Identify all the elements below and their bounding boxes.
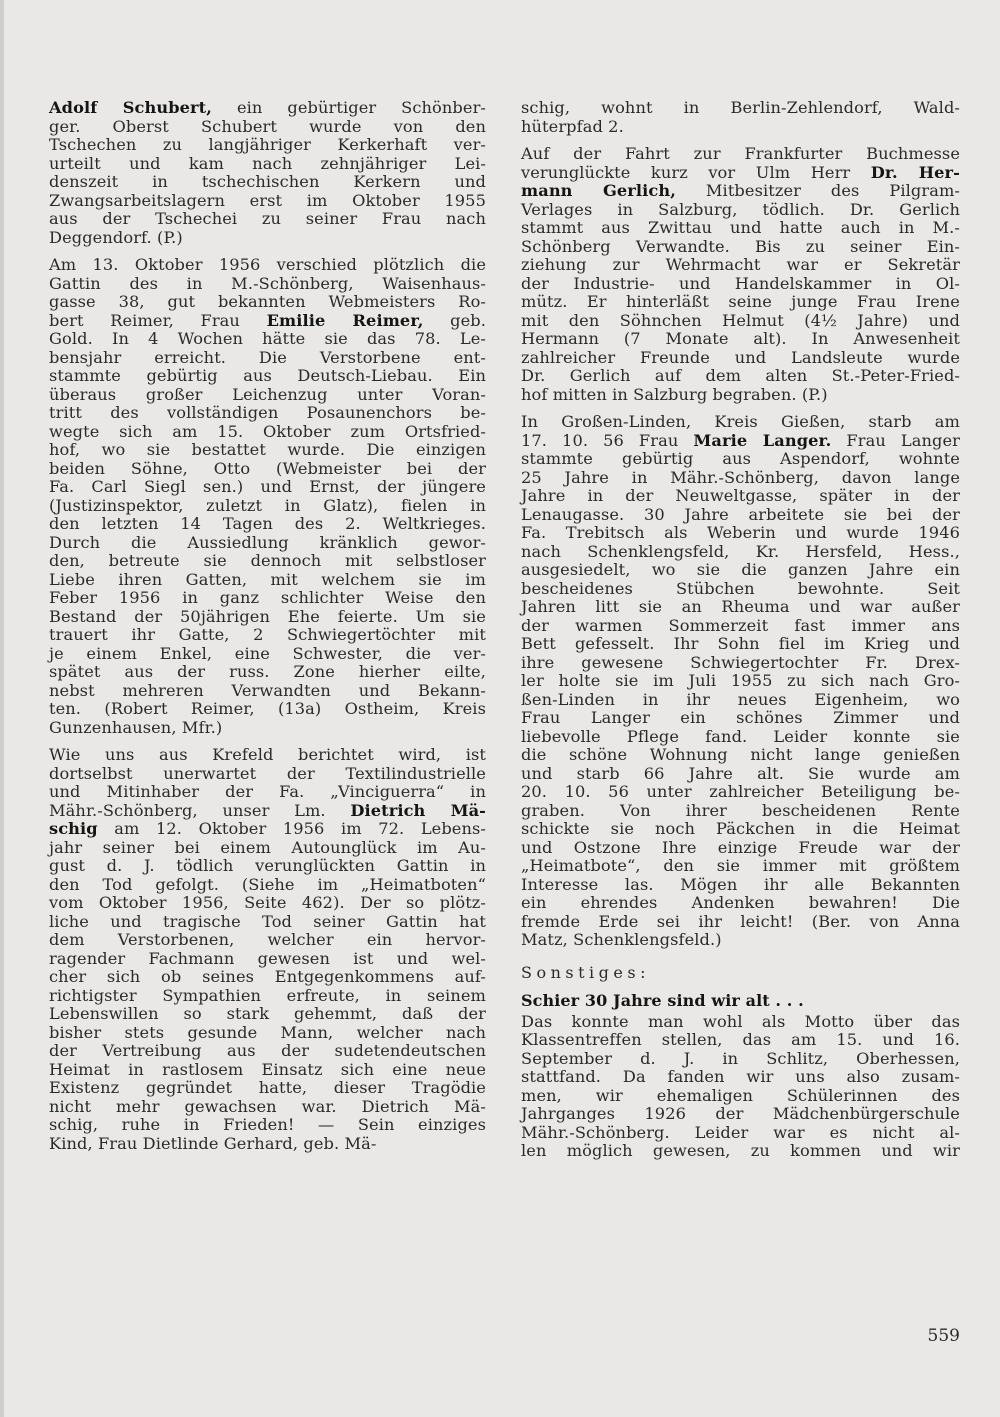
text-line: der warmen Sommerzeit fast immer ans [521,617,960,636]
text-line: Am 13. Oktober 1956 verschied plötzlich … [49,256,486,275]
text-line: Matz, Schenklengsfeld.) [521,931,960,950]
text-line: Gunzenhausen, Mfr.) [49,719,486,738]
text-line: hüterpfad 2. [521,118,960,137]
bold-name: schig [49,819,98,838]
text-line: ler holte sie im Juli 1955 zu sich nach … [521,672,960,691]
page-edge [0,0,4,1417]
bold-name: Adolf Schubert, [49,98,212,117]
text-line: hof mitten in Salzburg begraben. (P.) [521,386,960,405]
text-line: schig, wohnt in Berlin-Zehlendorf, Wald- [521,99,960,118]
text-line: Hermann (7 Monate alt). In Anwesenheit [521,330,960,349]
text-line: len möglich gewesen, zu kommen und wir [521,1142,960,1161]
bold-name: Emilie Reimer, [267,311,424,330]
text-line: den Tod gefolgt. (Siehe im „Heimatboten“ [49,876,486,895]
text-line: Verlages in Salzburg, tödlich. Dr. Gerli… [521,201,960,220]
text-line: Kind, Frau Dietlinde Gerhard, geb. Mä- [49,1135,486,1154]
text-line: (Justizinspektor, zuletzt in Glatz), fie… [49,497,486,516]
text-line: 20. 10. 56 unter zahlreicher Beteiligung… [521,783,960,802]
bold-name: mann Gerlich, [521,181,676,200]
obituary-gerlich: Auf der Fahrt zur Frankfurter Buchmessev… [521,145,960,404]
text-line: stammt aus Zwittau und hatte auch in M.- [521,219,960,238]
bold-name: Marie Langer. [693,431,831,450]
text-line: den, betreute sie dennoch mit selbstlose… [49,552,486,571]
text-line: den letzten 14 Tagen des 2. Weltkrieges. [49,515,486,534]
text-line: Adolf Schubert, ein gebürtiger Schönber- [49,99,486,118]
text-line: ziehung zur Wehrmacht war er Sekretär [521,256,960,275]
article-body: Das konnte man wohl als Motto über dasKl… [521,1013,960,1161]
right-paragraphs: schig, wohnt in Berlin-Zehlendorf, Wald-… [521,99,960,950]
text-line: tritt des vollständigen Posaunenchors be… [49,404,486,423]
text-line: wegte sich am 15. Oktober zum Ortsfried- [49,423,486,442]
text-line: und Ostzone Ihre einzige Freude war der [521,839,960,858]
text-line: Jahre in der Neuweltgasse, später in der [521,487,960,506]
text-line: Interesse las. Mögen ihr alle Bekannten [521,876,960,895]
text-line: nebst mehreren Verwandten und Bekann- [49,682,486,701]
page-number: 559 [928,1326,960,1346]
text-line: urteilt und kam nach zehnjähriger Lei- [49,155,486,174]
text-line: richtigster Sympathien erfreute, in sein… [49,987,486,1006]
text-line: Heimat in rastlosem Einsatz sich eine ne… [49,1061,486,1080]
text-line: vom Oktober 1956, Seite 462). Der so plö… [49,894,486,913]
text-line: Feber 1956 in ganz schlichter Weise den [49,589,486,608]
text-line: trauert ihr Gatte, 2 Schwiegertöchter mi… [49,626,486,645]
obituary-schubert: Adolf Schubert, ein gebürtiger Schönber-… [49,99,486,247]
text-line: Gold. In 4 Wochen hätte sie das 78. Le- [49,330,486,349]
text-line: überaus großer Leichenzug unter Voran- [49,386,486,405]
text-line: aus der Tschechei zu seiner Frau nach [49,210,486,229]
text-line: ein ehrendes Andenken bewahren! Die [521,894,960,913]
text-line: zahlreicher Freunde und Landsleute wurde [521,349,960,368]
text-line: Lenaugasse. 30 Jahre arbeitete sie bei d… [521,506,960,525]
text-line: beiden Söhne, Otto (Webmeister bei der [49,460,486,479]
text-line: mit den Söhnchen Helmut (4½ Jahre) und [521,312,960,331]
text-line: Das konnte man wohl als Motto über das [521,1013,960,1032]
obituary-maeschig-cont: schig, wohnt in Berlin-Zehlendorf, Wald-… [521,99,960,136]
text-line: 17. 10. 56 Frau Marie Langer. Frau Lange… [521,432,960,451]
article-heading: Schier 30 Jahre sind wir alt . . . [521,992,960,1011]
left-column: Adolf Schubert, ein gebürtiger Schönber-… [49,99,486,1162]
text-line: hof, wo sie bestattet wurde. Die einzige… [49,441,486,460]
text-line: der Industrie- und Handelskammer in Ol- [521,275,960,294]
text-line: Liebe ihren Gatten, mit welchem sie im [49,571,486,590]
text-line: Jahrganges 1926 der Mädchenbürgerschule [521,1105,960,1124]
text-line: mütz. Er hinterläßt seine junge Frau Ire… [521,293,960,312]
text-line: men, wir ehemaligen Schülerinnen des [521,1087,960,1106]
text-line: spätet aus der russ. Zone hierher eilte, [49,663,486,682]
text-line: In Großen-Linden, Kreis Gießen, starb am [521,413,960,432]
text-line: Frau Langer ein schönes Zimmer und [521,709,960,728]
text-line: liche und tragische Tod seiner Gattin ha… [49,913,486,932]
text-line: Gattin des in M.-Schönberg, Waisenhaus- [49,275,486,294]
text-line: Auf der Fahrt zur Frankfurter Buchmesse [521,145,960,164]
section-label-sonstiges: Sonstiges: [521,964,960,983]
text-line: Mähr.-Schönberg, unser Lm. Dietrich Mä- [49,802,486,821]
text-line: bensjahr erreicht. Die Verstorbene ent- [49,349,486,368]
text-line: Lebenswillen so stark gehemmt, daß der [49,1005,486,1024]
text-line: liebevolle Pflege fand. Leider konnte si… [521,728,960,747]
text-line: Mähr.-Schönberg. Leider war es nicht al- [521,1124,960,1143]
text-line: Jahren litt sie an Rheuma und war außer [521,598,960,617]
text-line: je einem Enkel, eine Schwester, die ver- [49,645,486,664]
text-line: schig, ruhe in Frieden! — Sein einziges [49,1116,486,1135]
text-line: nicht mehr gewachsen war. Dietrich Mä- [49,1098,486,1117]
obituary-reimer: Am 13. Oktober 1956 verschied plötzlich … [49,256,486,737]
text-line: schig am 12. Oktober 1956 im 72. Lebens- [49,820,486,839]
text-line: Wie uns aus Krefeld berichtet wird, ist [49,746,486,765]
text-line: ger. Oberst Schubert wurde von den [49,118,486,137]
text-line: Klassentreffen stellen, das am 15. und 1… [521,1031,960,1050]
text-line: Deggendorf. (P.) [49,229,486,248]
text-line: ten. (Robert Reimer, (13a) Ostheim, Krei… [49,700,486,719]
text-line: bescheidenes Stübchen bewohnte. Seit [521,580,960,599]
text-line: bisher stets gesunde Mann, welcher nach [49,1024,486,1043]
text-line: cher sich ob seines Entgegenkommens auf- [49,968,486,987]
text-line: Schönberg Verwandte. Bis zu seiner Ein- [521,238,960,257]
text-line: Tschechen zu langjähriger Kerkerhaft ver… [49,136,486,155]
text-line: graben. Von ihrer bescheidenen Rente [521,802,960,821]
text-line: „Heimatbote“, den sie immer mit größtem [521,857,960,876]
text-line: September d. J. in Schlitz, Oberhessen, [521,1050,960,1069]
bold-name: Dietrich Mä- [350,801,486,820]
text-line: Bestand der 50jährigen Ehe feierte. Um s… [49,608,486,627]
text-line: Zwangsarbeitslagern erst im Oktober 1955 [49,192,486,211]
text-line: ihre gewesene Schwiegertochter Fr. Drex- [521,654,960,673]
text-line: Durch die Aussiedlung kränklich gewor- [49,534,486,553]
text-line: stammte gebürtig aus Deutsch-Liebau. Ein [49,367,486,386]
text-line: Existenz gegründet hatte, dieser Tragödi… [49,1079,486,1098]
text-line: 25 Jahre in Mähr.-Schönberg, davon lange [521,469,960,488]
text-line: der Vertreibung aus der sudetendeutschen [49,1042,486,1061]
text-line: nach Schenklengsfeld, Kr. Hersfeld, Hess… [521,543,960,562]
right-column: schig, wohnt in Berlin-Zehlendorf, Wald-… [521,99,960,1170]
text-line: Fa. Trebitsch als Weberin und wurde 1946 [521,524,960,543]
text-line: dem Verstorbenen, welcher ein hervor- [49,931,486,950]
obituary-langer: In Großen-Linden, Kreis Gießen, starb am… [521,413,960,950]
text-line: verunglückte kurz vor Ulm Herr Dr. Her- [521,164,960,183]
text-line: dortselbst unerwartet der Textilindustri… [49,765,486,784]
text-line: ausgesiedelt, wo sie die ganzen Jahre ei… [521,561,960,580]
text-line: stattfand. Da fanden wir uns also zusam- [521,1068,960,1087]
bold-name: Dr. Her- [871,163,960,182]
text-line: ragender Fachmann gewesen ist und wel- [49,950,486,969]
text-line: die schöne Wohnung nicht lange genießen [521,746,960,765]
text-line: Dr. Gerlich auf dem alten St.-Peter-Frie… [521,367,960,386]
text-line: bert Reimer, Frau Emilie Reimer, geb. [49,312,486,331]
text-line: jahr seiner bei einem Autounglück im Au- [49,839,486,858]
text-line: Bett gefesselt. Ihr Sohn fiel im Krieg u… [521,635,960,654]
text-line: Fa. Carl Siegl sen.) und Ernst, der jüng… [49,478,486,497]
text-line: denszeit in tschechischen Kerkern und [49,173,486,192]
text-line: ßen-Linden in ihr neues Eigenheim, wo [521,691,960,710]
text-line: mann Gerlich, Mitbesitzer des Pilgram- [521,182,960,201]
text-line: und starb 66 Jahre alt. Sie wurde am [521,765,960,784]
text-line: stammte gebürtig aus Aspendorf, wohnte [521,450,960,469]
text-line: gasse 38, gut bekannten Webmeisters Ro- [49,293,486,312]
text-line: gust d. J. tödlich verunglückten Gattin … [49,857,486,876]
obituary-maeschig: Wie uns aus Krefeld berichtet wird, istd… [49,746,486,1153]
text-line: schickte sie noch Päckchen in die Heimat [521,820,960,839]
text-line: und Mitinhaber der Fa. „Vinciguerra“ in [49,783,486,802]
text-line: fremde Erde sei ihr leicht! (Ber. von An… [521,913,960,932]
